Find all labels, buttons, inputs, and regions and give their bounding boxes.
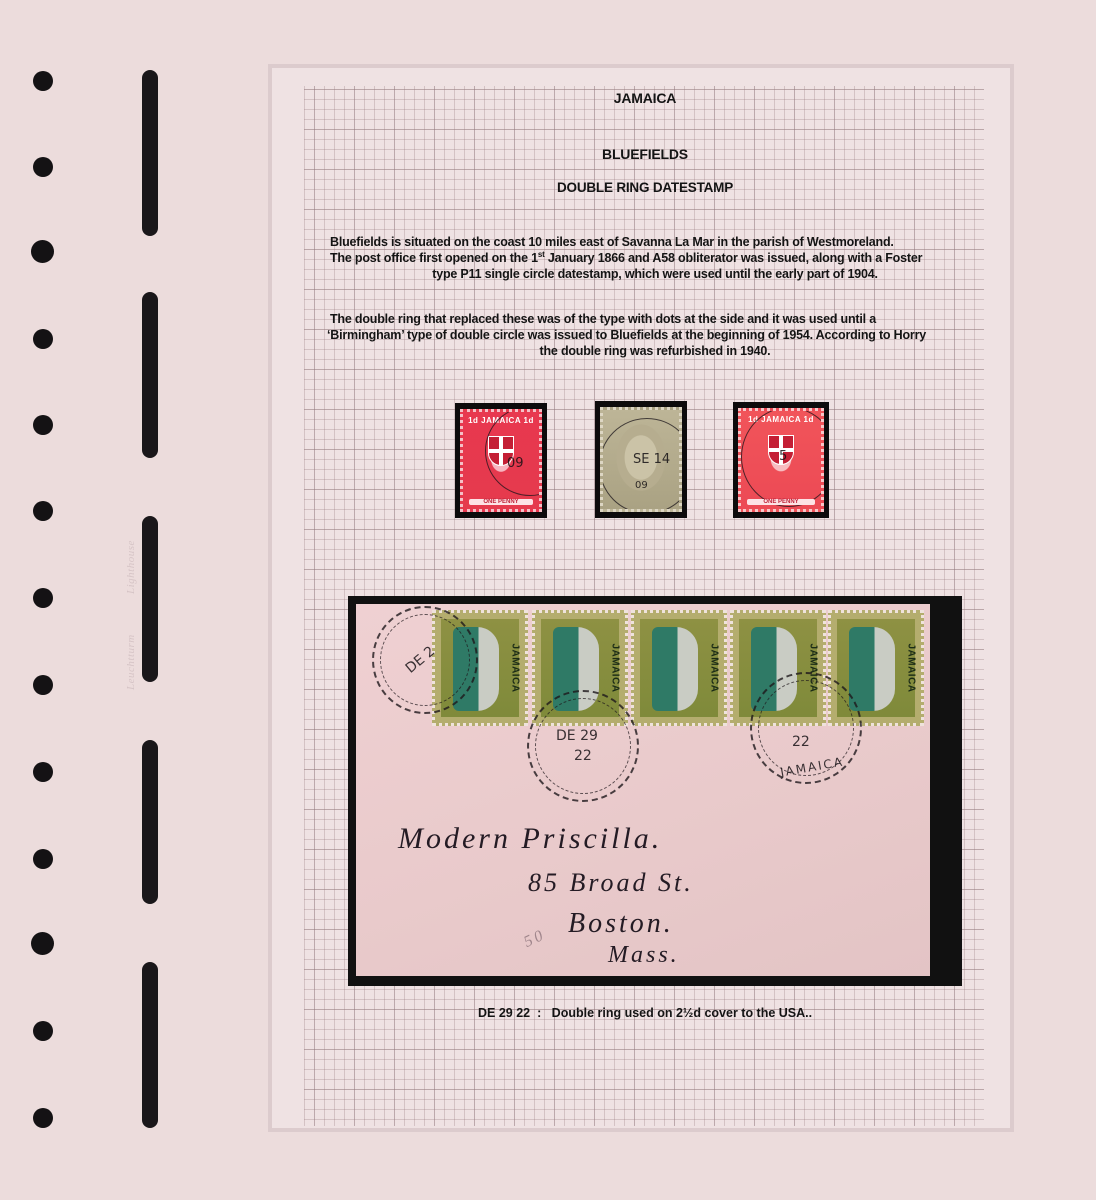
punch-hole (33, 675, 53, 695)
watermark-leuchtturm: Leuchtturm (125, 634, 137, 690)
stamp-country: JAMAICA (709, 628, 720, 708)
punch-hole (33, 157, 53, 177)
postmark-text: 5 (779, 449, 787, 464)
stamp-value: ONE PENNY (469, 499, 533, 505)
stamp-country: JAMAICA (906, 628, 917, 708)
address-line-2: 85 Broad St. (528, 868, 694, 898)
stamp-mount: SE 14 09 (595, 401, 687, 518)
paragraph-line: Bluefields is situated on the coast 10 m… (330, 234, 980, 250)
address-line-3: Boston. (568, 908, 674, 940)
binder-slot (142, 740, 158, 904)
paragraph-line: the double ring was refurbished in 1940. (330, 343, 980, 359)
stamp-vignette (849, 627, 895, 711)
stamp-country: JAMAICA (510, 628, 521, 708)
history-paragraph-1: Bluefields is situated on the coast 10 m… (330, 234, 980, 282)
stamp-olive-portrait: SE 14 09 (600, 407, 682, 512)
superscript: st (538, 250, 545, 259)
paragraph-line: type P11 single circle datestamp, which … (330, 266, 980, 282)
postmark-date: DE 29 (556, 728, 598, 744)
stamp-country: JAMAICA (610, 628, 621, 708)
stamp-mount: 1d JAMAICA 1d 09 ONE PENNY (455, 403, 547, 518)
postmark-year: 22 (792, 734, 810, 750)
binder-slot (142, 962, 158, 1128)
stamp-one-penny-arms: 1d JAMAICA 1d 09 ONE PENNY (460, 409, 542, 512)
stamp-value: ONE PENNY (747, 499, 815, 505)
cover-caption: DE 29 22 : Double ring used on 2½d cover… (478, 1006, 812, 1020)
binder-slot (142, 292, 158, 458)
stamp-one-penny-arms: 1d JAMAICA 1d 5 ONE PENNY (738, 408, 824, 512)
punch-hole (33, 415, 53, 435)
binder-slot (142, 70, 158, 236)
postmark-jamaica (527, 690, 639, 802)
text-fragment: The post office first opened on the 1 (330, 251, 538, 265)
paragraph-line: The post office first opened on the 1st … (330, 250, 980, 266)
text-fragment: January 1866 and A58 obliterator was iss… (545, 251, 923, 265)
punch-hole (31, 932, 54, 955)
page-place-title: BLUEFIELDS (268, 146, 1022, 162)
punch-hole (33, 71, 53, 91)
punch-hole (33, 329, 53, 349)
caption-text: Double ring used on 2½d cover to the USA… (552, 1006, 812, 1020)
page-country-title: JAMAICA (268, 90, 1022, 106)
history-paragraph-2: The double ring that replaced these was … (330, 311, 980, 359)
address-line-1: Modern Priscilla. (398, 822, 662, 856)
cover-stamp: JAMAICA (631, 610, 727, 726)
postmark-year: 09 (635, 480, 648, 491)
watermark-lighthouse: Lighthouse (125, 540, 137, 594)
punch-hole (33, 762, 53, 782)
punch-hole (33, 588, 53, 608)
address-line-4: Mass. (608, 942, 680, 969)
stamp-vignette (652, 627, 698, 711)
postmark-text: 09 (507, 456, 524, 471)
paragraph-line: The double ring that replaced these was … (330, 311, 980, 327)
postmark-date: SE 14 (633, 452, 670, 467)
page-subtitle: DOUBLE RING DATESTAMP (268, 180, 1022, 195)
paragraph-line: ‘Birmingham’ type of double circle was i… (327, 327, 980, 343)
postmark-year: 22 (574, 748, 592, 764)
punch-hole (31, 240, 54, 263)
stamp-mount: 1d JAMAICA 1d 5 ONE PENNY (733, 402, 829, 518)
binder-slot (142, 516, 158, 682)
caption-separator: : (537, 1006, 541, 1020)
punch-hole (33, 849, 53, 869)
punch-hole (33, 1108, 53, 1128)
caption-date: DE 29 22 (478, 1006, 530, 1020)
punch-hole (33, 501, 53, 521)
punch-hole (33, 1021, 53, 1041)
